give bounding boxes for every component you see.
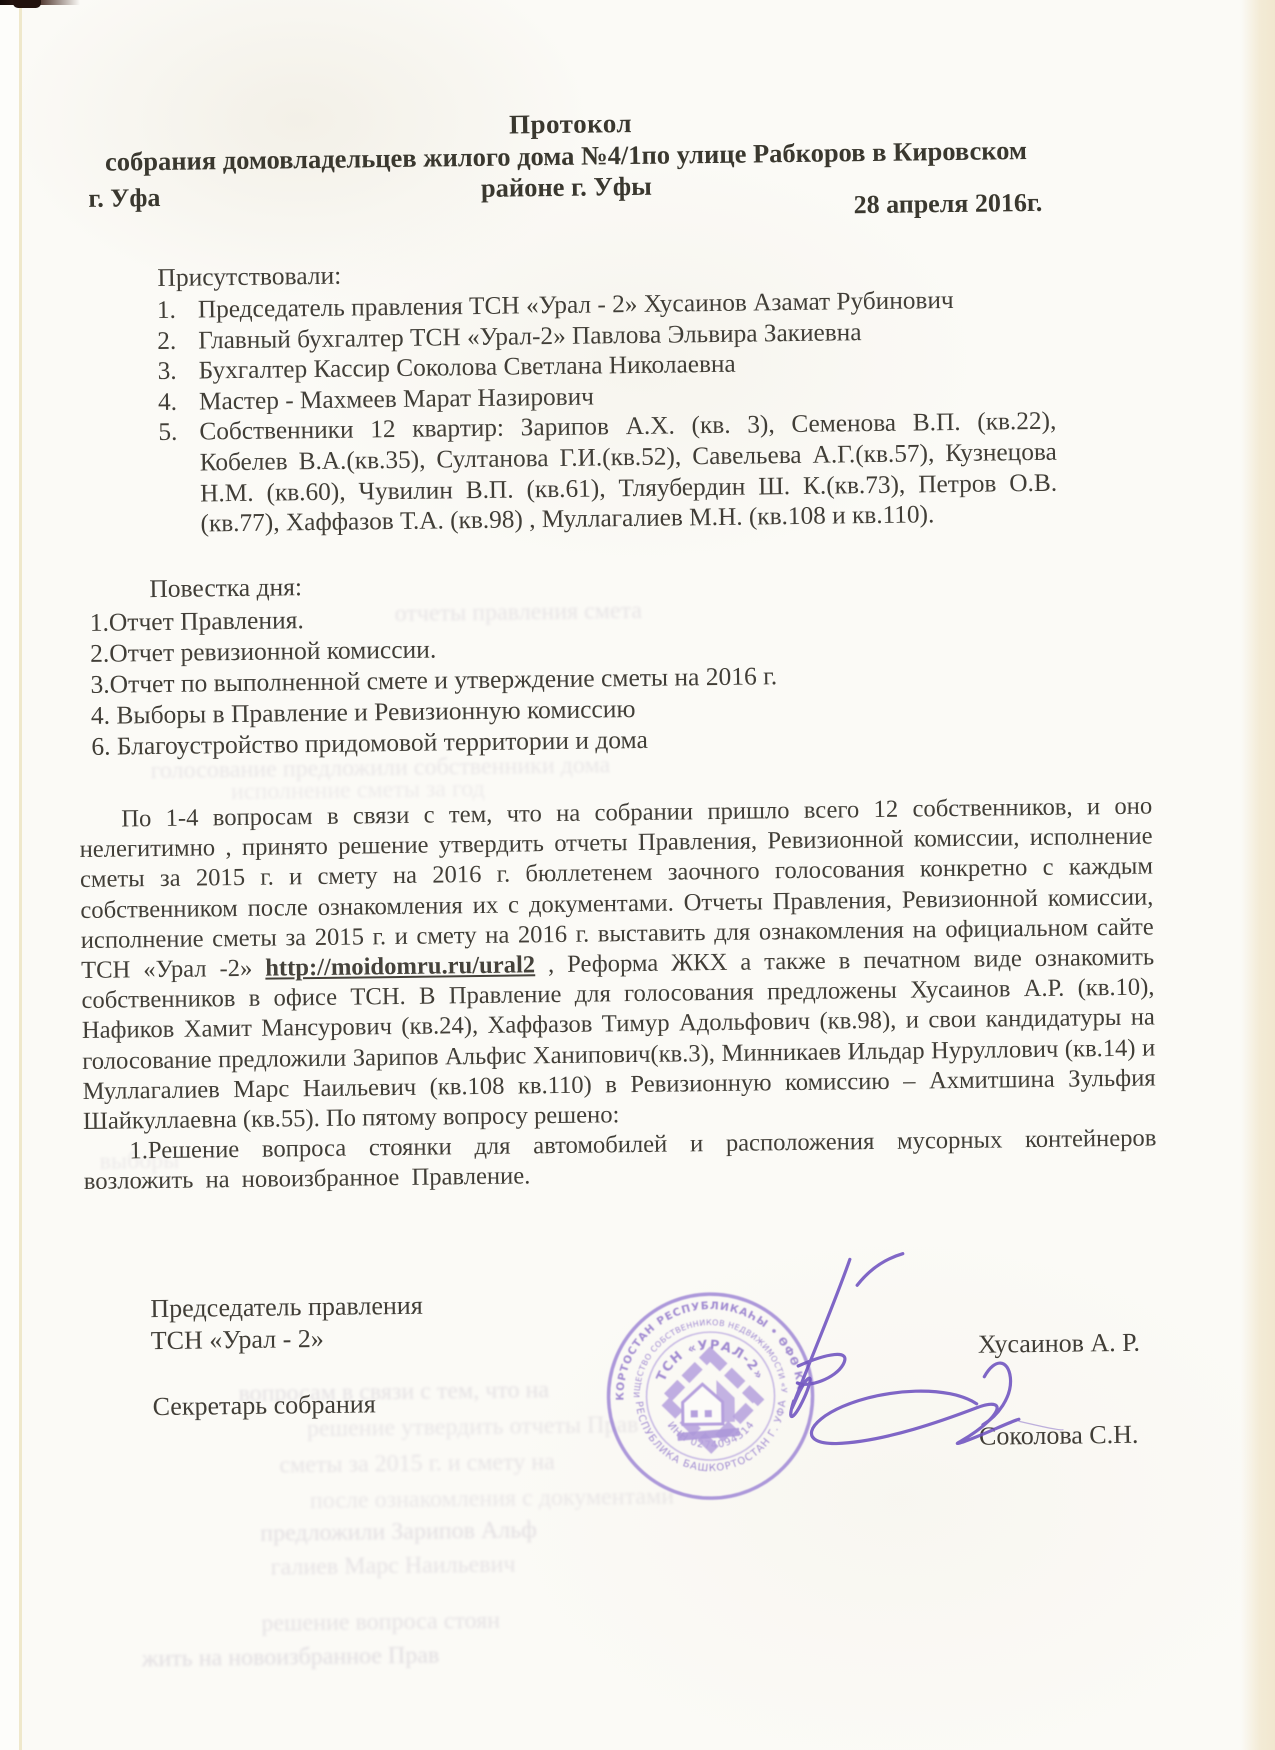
attendees-list: 1. Председатель правления ТСН «Урал - 2»… [157,284,1058,540]
signature-tail-stroke [1019,1421,1063,1431]
bleed-through-text: предложили Зарипов Альф [260,1517,537,1547]
date-line: 28 апреля 2016г. [853,188,1042,220]
attendees-heading: Присутствовали: [157,261,341,293]
attendee-number: 1. [157,294,198,325]
attendee-row: 5. Собственники 12 квартир: Зарипов А.Х.… [158,406,1057,540]
bleed-through-text: сметы за 2015 г. и смету на [279,1449,555,1479]
document-content: отчеты правления смета голосование предл… [0,0,1275,1750]
chairman-signature [789,1254,905,1417]
website-url-text: http://moidomru.ru/ural2 [265,951,535,981]
attendee-number: 5. [158,417,201,540]
city-line: г. Уфа [88,183,160,214]
bleed-through-text: жить на новоизбранное Прав [142,1643,440,1674]
attendee-text: Собственники 12 квартир: Зарипов А.Х. (к… [199,406,1057,539]
secretary-title: Секретарь собрания [152,1389,375,1422]
chairman-title-line-2: ТСН «Урал - 2» [151,1324,324,1356]
secretary-signature [811,1363,1020,1445]
chairman-title-line-1: Председатель правления [150,1291,423,1324]
body-section: По 1-4 вопросам в связи с тем, что на со… [79,792,1157,1198]
scanned-protocol-document: { "page": { "title": "Протокол", "subtit… [0,0,1275,1750]
body-paragraph: По 1-4 вопросам в связи с тем, что на со… [79,792,1156,1138]
bleed-through-text: галиев Марс Наильевич [271,1552,516,1582]
bleed-through-text: решение вопроса стоян [261,1608,500,1638]
attendee-number: 4. [158,386,199,417]
agenda-heading: Повестка дня: [149,572,302,604]
signatures-ink [645,1235,1068,1490]
decision-paragraph: 1.Решение вопроса стоянки для автомобиле… [83,1124,1157,1198]
attendee-number: 2. [157,325,198,356]
agenda-list: 1.Отчет Правления. 2.Отчет ревизионной к… [90,598,778,762]
attendee-number: 3. [157,356,198,387]
